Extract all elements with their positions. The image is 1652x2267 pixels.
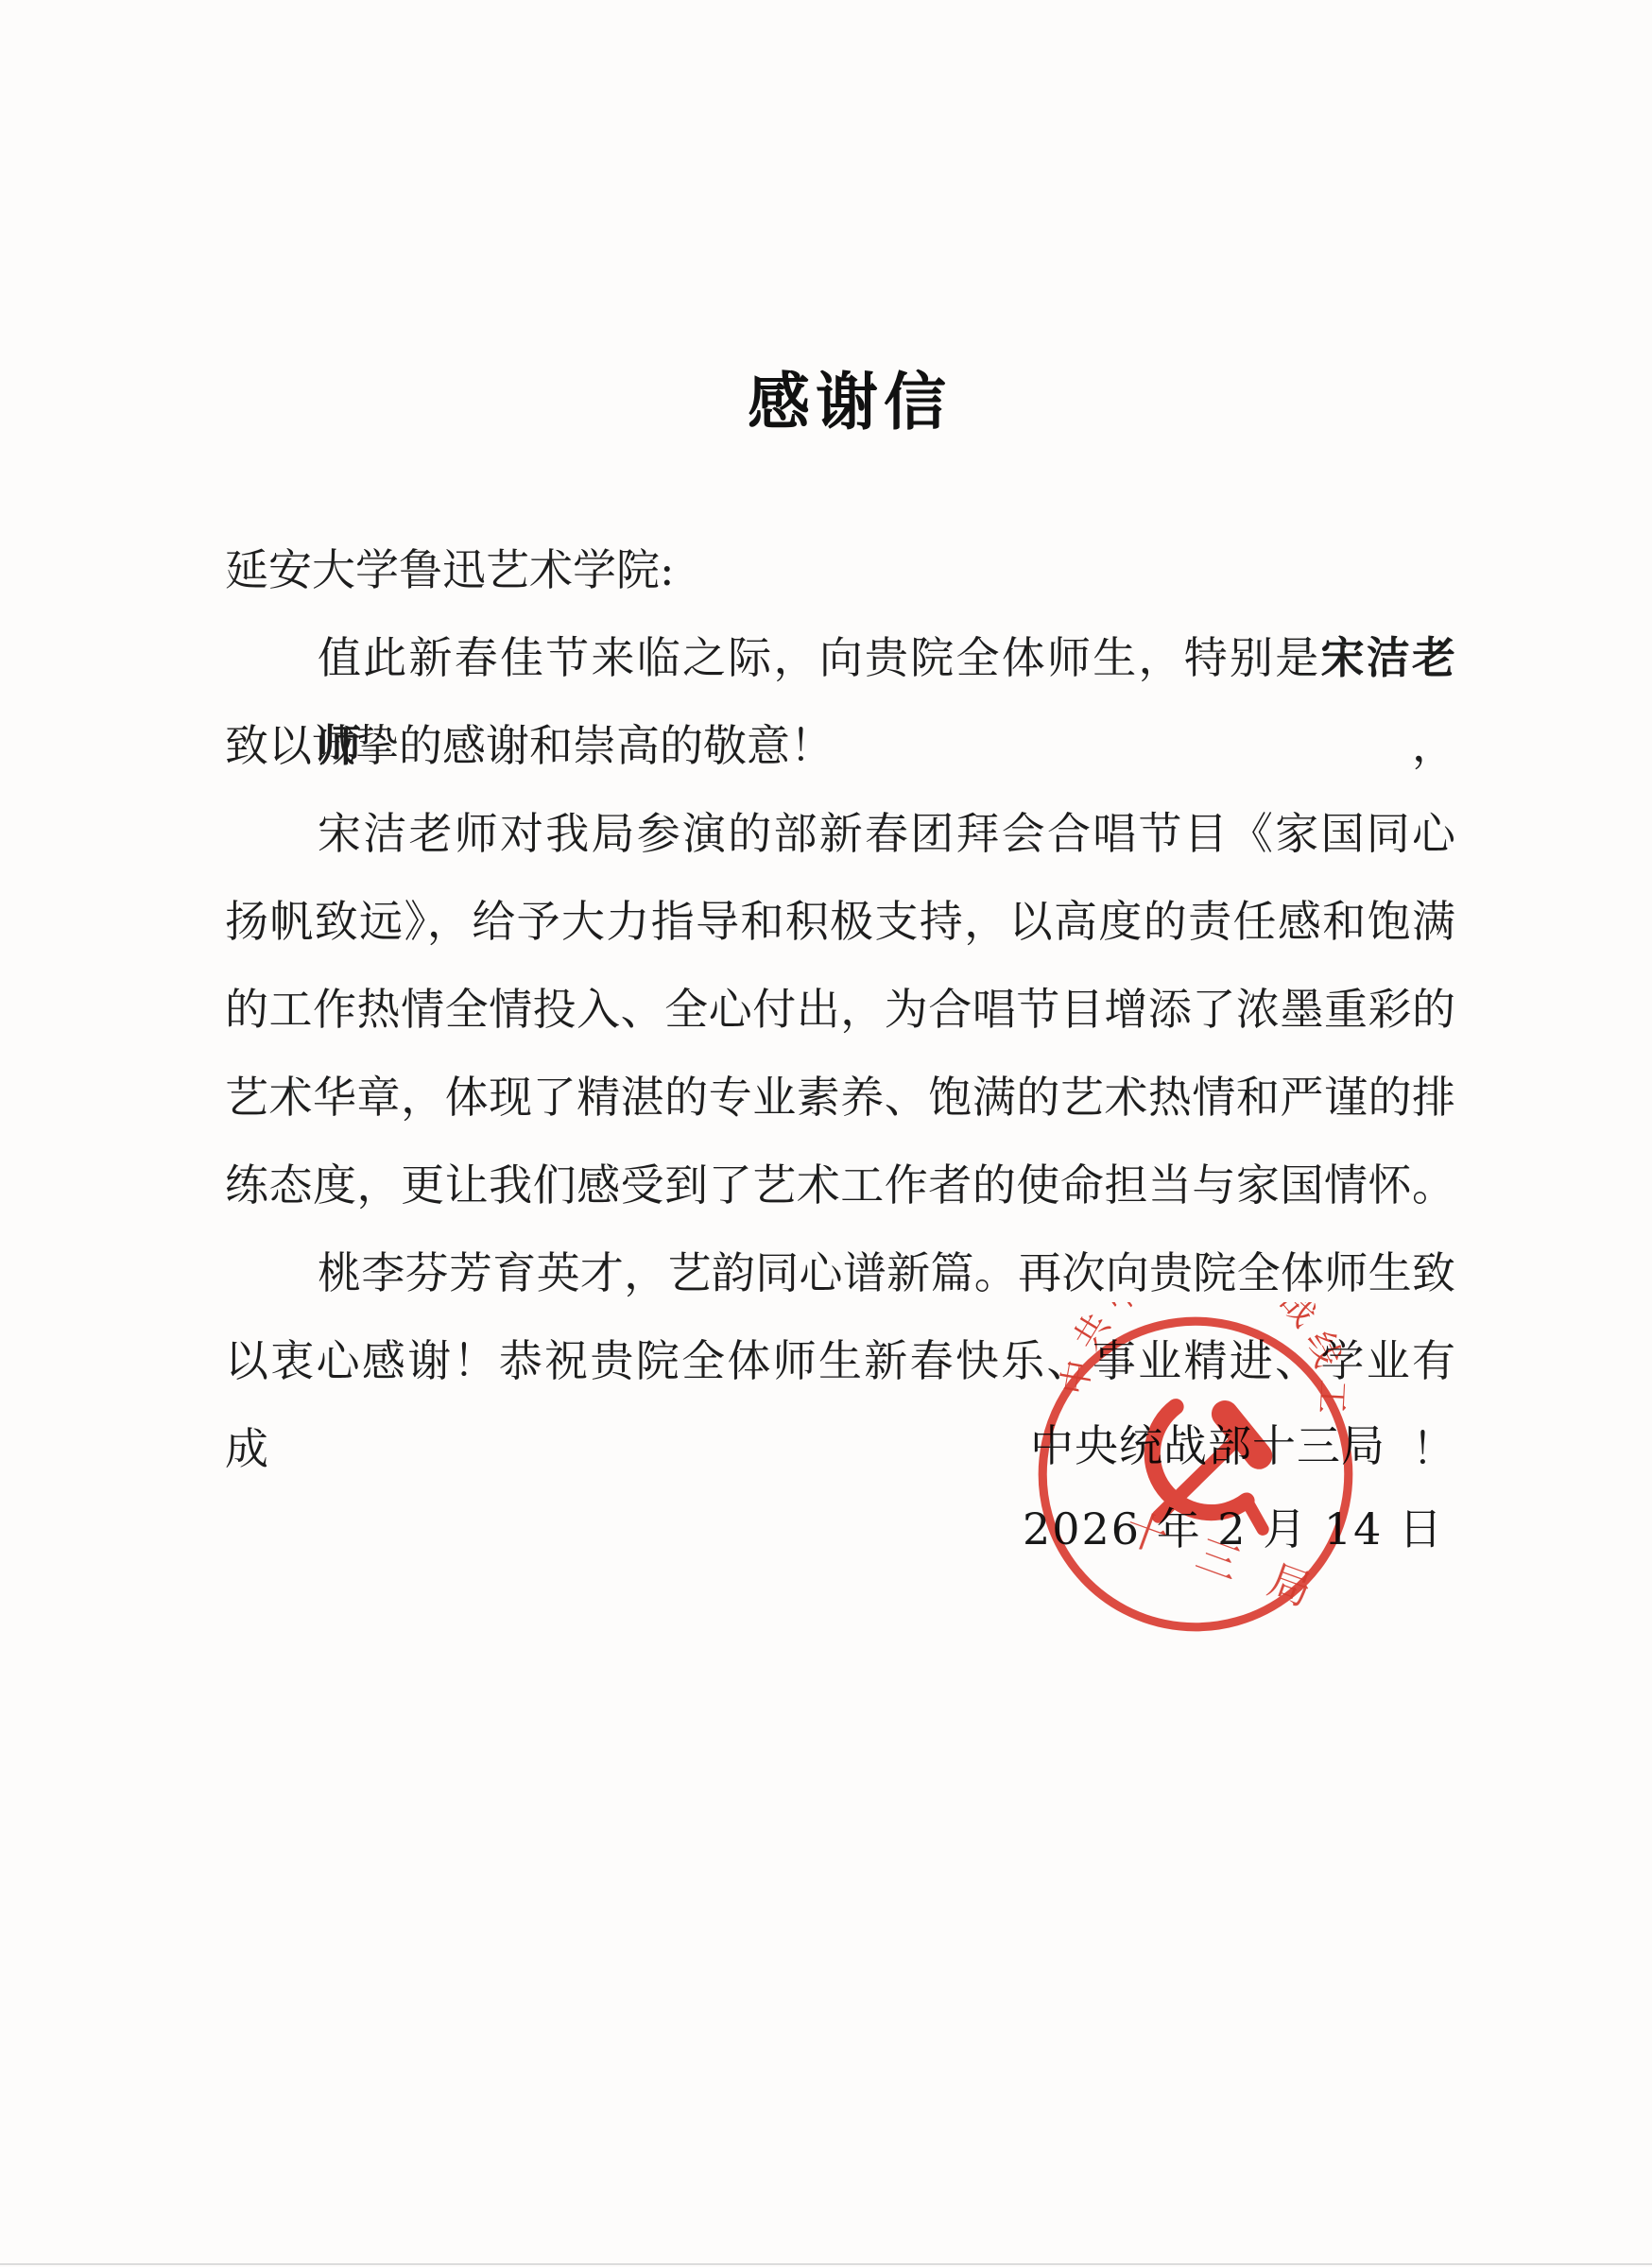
paragraph2-line3: 的工作热情全情投入、全心付出，为合唱节目增添了浓墨重彩的 — [225, 966, 1455, 1054]
paragraph1-line1-prefix: 值此新春佳节来临之际，向贵院全体师生，特别是 — [318, 632, 1321, 683]
thank-you-letter-page: 感谢信 延安大学鲁迅艺术学院: 值此新春佳节来临之际，向贵院全体师生，特别是宋洁… — [0, 0, 1652, 2267]
paragraph2-line5: 练态度，更让我们感受到了艺术工作者的使命担当与家国情怀。 — [225, 1142, 1455, 1229]
paragraph1-line1: 值此新春佳节来临之际，向贵院全体师生，特别是宋洁老师， — [225, 614, 1455, 702]
letter-body: 延安大学鲁迅艺术学院: 值此新春佳节来临之际，向贵院全体师生，特别是宋洁老师， … — [225, 526, 1455, 1405]
official-red-seal: 中共中央统一战线工 十三局 — [1024, 1302, 1368, 1646]
hammer-and-sickle-icon — [1145, 1405, 1275, 1530]
paragraph2-line4: 艺术华章，体现了精湛的专业素养、饱满的艺术热情和严谨的排 — [225, 1054, 1455, 1142]
paragraph2-line2: 扬帆致远》，给予大力指导和积极支持，以高度的责任感和饱满 — [225, 878, 1455, 966]
page-bottom-divider — [0, 2263, 1652, 2265]
paragraph1-line1-suffix: ， — [1412, 720, 1455, 771]
salutation-line: 延安大学鲁迅艺术学院: — [225, 526, 1455, 614]
letter-title: 感谢信 — [24, 352, 1652, 441]
paragraph2-line1: 宋洁老师对我局参演的部新春团拜会合唱节目《家国同心 — [225, 790, 1455, 878]
